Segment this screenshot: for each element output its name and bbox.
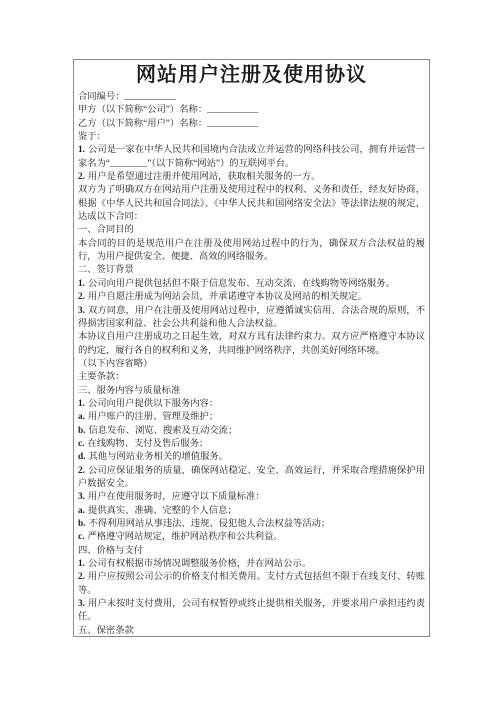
contract-list-item: c.在线购物、支付及售后服务；: [78, 438, 425, 451]
paragraph-text: 不得利用网站从事违法、违规、侵犯他人合法权益等活动；: [89, 519, 331, 529]
contract-paragraph: 3.用户未按时支付费用，公司有权暂停或终止提供相关服务，并要求用户承担违约责任。: [78, 598, 425, 625]
contract-paragraph: 双方为了明确双方在网站用户注册及使用过程中的权利、义务和责任，经友好协商，根据《…: [78, 184, 425, 224]
list-marker: 2.: [78, 292, 85, 302]
paragraph-text: 三、服务内容与质量标准: [78, 386, 180, 396]
contract-document: 网站用户注册及使用协议 合同编号：___________ 甲方（以下简称“公司”…: [73, 59, 430, 637]
list-marker: 2.: [78, 466, 85, 476]
paragraph-text: 四、价格与支付: [78, 546, 143, 556]
contract-paragraph: 本协议自用户注册成功之日起生效，对双方具有法律约束力。双方应严格遵守本协议的约定…: [78, 331, 425, 358]
contract-paragraph: 1.公司是一家在中华人民共和国境内合法成立并运营的网络科技公司，拥有并运营一家名…: [78, 144, 425, 171]
paragraph-text: 用户在使用服务时，应遵守以下质量标准：: [88, 492, 265, 502]
paragraph-text: 其他与网站业务相关的增值服务。: [89, 452, 228, 462]
paragraph-text: 甲方（以下简称“公司”）名称：___________: [78, 105, 258, 115]
contract-paragraph: 2.公司应保证服务的质量，确保网站稳定、安全、高效运行，并采取合理措施保护用户数…: [78, 465, 425, 492]
list-marker: b.: [78, 519, 86, 529]
paragraph-text: 用户未按时支付费用，公司有权暂停或终止提供相关服务，并要求用户承担违约责任。: [78, 599, 425, 622]
paragraph-text: 公司向用户提供以下服务内容：: [88, 399, 218, 409]
document-title: 网站用户注册及使用协议: [78, 63, 425, 87]
paragraph-text: 主要条款：: [78, 372, 125, 382]
contract-paragraph: 3.双方同意，用户在注册及使用网站过程中，应遵循诚实信用、合法合规的原则，不得损…: [78, 305, 425, 332]
paragraph-text: 在线购物、支付及售后服务；: [87, 439, 208, 449]
contract-paragraph: （以下内容省略）: [78, 358, 425, 371]
paragraph-text: 用户是希望通过注册并使用网站，获取相关服务的一方。: [88, 172, 320, 182]
section-heading: 三、服务内容与质量标准: [78, 385, 425, 398]
list-marker: 3.: [78, 492, 85, 502]
section-heading: 二、签订背景: [78, 264, 425, 277]
contract-list-item: d.其他与网站业务相关的增值服务。: [78, 451, 425, 464]
contract-paragraph: 主要条款：: [78, 371, 425, 384]
paragraph-text: 双方为了明确双方在网站用户注册及使用过程中的权利、义务和责任，经友好协商，根据《…: [78, 185, 425, 222]
contract-list-item: b.不得利用网站从事违法、违规、侵犯他人合法权益等活动；: [78, 518, 425, 531]
paragraph-text: 双方同意，用户在注册及使用网站过程中，应遵循诚实信用、合法合规的原则，不得损害国…: [78, 306, 425, 329]
contract-paragraph: 1.公司向用户提供以下服务内容：: [78, 398, 425, 411]
paragraph-text: 五、保密条款: [78, 626, 134, 636]
contract-list-item: b.信息发布、浏览、搜索及互动交流；: [78, 425, 425, 438]
paragraph-text: 一、合同目的: [78, 225, 134, 235]
contract-paragraph: 2.用户应按照公司公示的价格支付相关费用。支付方式包括但不限于在线支付、转账等。: [78, 571, 425, 598]
list-marker: 1.: [78, 279, 85, 289]
paragraph-text: 本合同的目的是规范用户在注册及使用网站过程中的行为，确保双方合法权益的履行，为用…: [78, 239, 425, 262]
contract-paragraph: 3.用户在使用服务时，应遵守以下质量标准：: [78, 491, 425, 504]
contract-list-item: a.用户账户的注册、管理及维护；: [78, 411, 425, 424]
list-marker: a.: [78, 506, 85, 516]
section-heading: 一、合同目的: [78, 224, 425, 237]
contract-field-line: 乙方（以下简称“用户”）名称：___________: [78, 118, 425, 131]
contract-list-item: a.提供真实、准确、完整的个人信息；: [78, 505, 425, 518]
contract-field-line: 合同编号：___________: [78, 91, 425, 104]
paragraph-text: 用户账户的注册、管理及维护；: [88, 412, 218, 422]
paragraph-text: 本协议自用户注册成功之日起生效，对双方具有法律约束力。双方应严格遵守本协议的约定…: [78, 332, 425, 355]
paragraph-text: 信息发布、浏览、搜索及互动交流；: [89, 426, 238, 436]
contract-paragraph: 1.公司有权根据市场情况调整服务价格，并在网站公示。: [78, 558, 425, 571]
contract-field-line: 甲方（以下简称“公司”）名称：___________: [78, 104, 425, 117]
list-marker: 1.: [78, 399, 85, 409]
list-marker: 1.: [78, 145, 85, 155]
paragraph-text: 鉴于：: [78, 132, 106, 142]
contract-paragraph: 1.公司向用户提供包括但不限于信息发布、互动交流、在线购物等网络服务。: [78, 278, 425, 291]
contract-paragraph: 本合同的目的是规范用户在注册及使用网站过程中的行为，确保双方合法权益的履行，为用…: [78, 238, 425, 265]
list-marker: c.: [78, 532, 84, 542]
contract-list-item: c.严格遵守网站规定，维护网站秩序和公共利益。: [78, 531, 425, 544]
paragraph-text: 用户自愿注册成为网站会员，并承诺遵守本协议及网站的相关规定。: [88, 292, 367, 302]
list-marker: c.: [78, 439, 84, 449]
list-marker: 3.: [78, 599, 85, 609]
section-heading: 四、价格与支付: [78, 545, 425, 558]
list-marker: b.: [78, 426, 86, 436]
list-marker: d.: [78, 452, 86, 462]
contract-paragraph: 鉴于：: [78, 131, 425, 144]
paragraph-text: 公司有权根据市场情况调整服务价格，并在网站公示。: [88, 559, 311, 569]
paragraph-text: 公司应保证服务的质量，确保网站稳定、安全、高效运行，并采取合理措施保护用户数据安…: [78, 466, 425, 489]
paragraph-text: （以下内容省略）: [78, 359, 152, 369]
paragraph-text: 公司向用户提供包括但不限于信息发布、互动交流、在线购物等网络服务。: [88, 279, 395, 289]
paragraph-text: 公司是一家在中华人民共和国境内合法成立并运营的网络科技公司，拥有并运营一家名为“…: [78, 145, 425, 168]
section-heading: 五、保密条款: [78, 625, 425, 637]
paragraph-text: 用户应按照公司公示的价格支付相关费用。支付方式包括但不限于在线支付、转账等。: [78, 572, 425, 595]
list-marker: a.: [78, 412, 85, 422]
paragraph-text: 严格遵守网站规定，维护网站秩序和公共利益。: [87, 532, 282, 542]
contract-paragraph: 2.用户是希望通过注册并使用网站，获取相关服务的一方。: [78, 171, 425, 184]
contract-paragraph: 2.用户自愿注册成为网站会员，并承诺遵守本协议及网站的相关规定。: [78, 291, 425, 304]
list-marker: 2.: [78, 172, 85, 182]
paragraph-text: 合同编号：___________: [78, 92, 176, 102]
paragraph-text: 乙方（以下简称“用户”）名称：___________: [78, 119, 258, 129]
paragraph-text: 二、签订背景: [78, 265, 134, 275]
list-marker: 1.: [78, 559, 85, 569]
paragraph-text: 提供真实、准确、完整的个人信息；: [88, 506, 237, 516]
list-marker: 2.: [78, 572, 85, 582]
list-marker: 3.: [78, 306, 85, 316]
